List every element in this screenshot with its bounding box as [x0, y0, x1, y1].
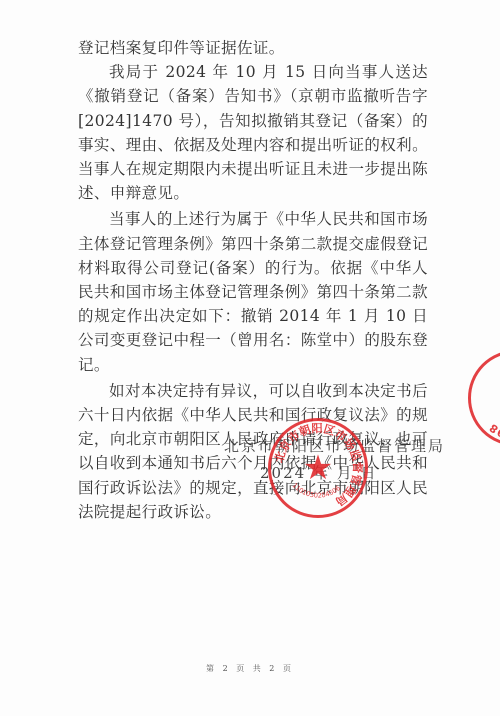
signature-block: 北京市朝阳区市场监督管理局 2024 年 月 日 [224, 435, 445, 483]
page-footer: 第 2 页 共 2 页 [0, 663, 500, 674]
document-page: 登记档案复印件等证据佐证。 我局于 2024 年 10 月 15 日向当事人送达… [0, 0, 500, 716]
paragraph-notice-served: 我局于 2024 年 10 月 15 日向当事人送达《撤销登记（备案）告知书》（… [78, 60, 428, 205]
partial-seal-svg: 理局 J1052045098 [471, 353, 500, 443]
issue-date: 2024 年 月 日 [224, 462, 445, 483]
svg-text:理局 J1052045098: 理局 J1052045098 [487, 369, 500, 443]
paragraph-evidence: 登记档案复印件等证据佐证。 [78, 36, 428, 60]
partial-seal-edge: 理局 J1052045098 [468, 350, 500, 446]
issuing-organization: 北京市朝阳区市场监督管理局 [224, 435, 445, 456]
paragraph-decision: 当事人的上述行为属于《中华人民共和国市场主体登记管理条例》第四十条第二款提交虚假… [78, 207, 428, 376]
